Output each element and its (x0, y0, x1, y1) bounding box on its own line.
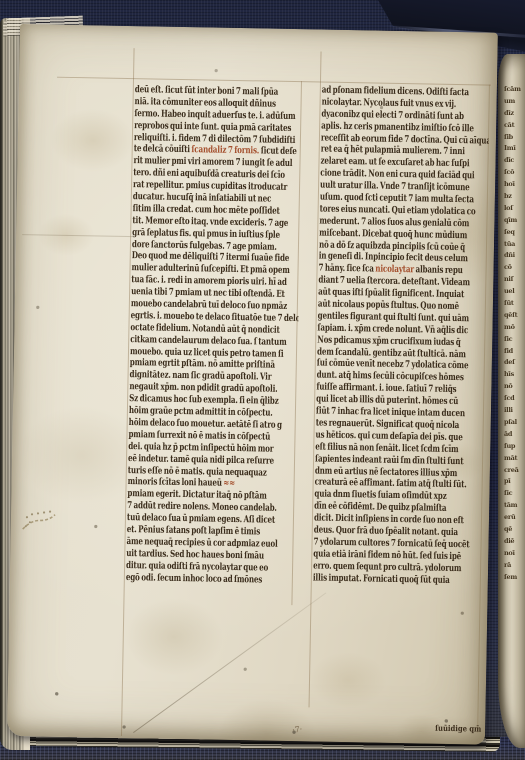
facing-page-line-fragment: pſal (504, 417, 525, 429)
facing-page-line-fragment: mō (504, 322, 525, 334)
facing-page-line-fragment: niſ (504, 274, 525, 286)
parchment-page: deū eſt. ſicut ſūt inter boni 7 mali ſpū… (7, 24, 498, 745)
facing-page-line-fragment: noī (504, 548, 525, 560)
facing-page-text-fragments: ſcāmumdīzcātſibImīdīcſcōhoībzloſqīmſeqtū… (504, 84, 525, 583)
facing-page-line-fragment: loſ (504, 203, 525, 215)
facing-page-line-fragment: dīc (504, 155, 525, 167)
text-column-right: ad pſonam fidelium dicens. Odiſti factan… (313, 85, 492, 587)
facing-page-line-fragment: qē (504, 524, 525, 536)
facing-page-line-fragment: fid (504, 346, 525, 358)
manuscript-line: egō odi. ſecum inhoc loco ad ſmōnes (126, 572, 294, 587)
manuscript-line: illis imputat. Fornicati quoq̄ ſūt quia (313, 572, 481, 587)
body-text: egō odi. ſecum inhoc loco ad ſmōnes (126, 572, 263, 585)
facing-page-line-fragment: ſic (504, 334, 525, 346)
ink-specks (20, 24, 22, 26)
facing-page-line-fragment: ād (504, 429, 525, 441)
ruling-line-horizontal (57, 77, 491, 86)
text-column-left: deū eſt. ſicut ſūt inter boni 7 mali ſpū… (126, 84, 301, 586)
facing-page-line-fragment: ſcām (504, 84, 525, 96)
facing-page-line-fragment: ſcō (504, 167, 525, 179)
facing-page-line-fragment: qēſt (504, 310, 525, 322)
body-text: 7 hāny. ſice ſca (318, 263, 375, 275)
rubric-text: ſcandaliz 7 fornis. (191, 145, 259, 157)
body-text: minoris ſcītas loni haueū (128, 476, 222, 489)
facing-page-line-fragment: um (504, 96, 525, 108)
facing-page-line-fragment: cāt (504, 120, 525, 132)
facing-page-line-fragment: cō (504, 262, 525, 274)
facing-page-line-fragment: qīm (504, 215, 525, 227)
parchment-crease (133, 592, 326, 733)
facing-page-sliver: ſcāmumdīzcātſibImīdīcſcōhoībzloſqīmſeqtū… (498, 54, 525, 748)
facing-page-line-fragment: ſeq (504, 227, 525, 239)
facing-page-line-fragment: rā (504, 560, 525, 572)
facing-page-line-fragment: creā (504, 465, 525, 477)
facing-page-line-fragment: tūa (504, 239, 525, 251)
manuscript-photo: ſcāmumdīzcātſibImīdīcſcōhoībzloſqīmſeqtū… (0, 0, 525, 760)
facing-page-line-fragment: pī (504, 476, 525, 488)
quire-mark: ·7· (292, 725, 303, 735)
facing-page-line-fragment: ſcd (504, 393, 525, 405)
catchword: ſuūidige qm̄ (435, 723, 481, 734)
facing-page-line-fragment: ſūt (504, 298, 525, 310)
body-text: te delcā cōuiſti (134, 144, 192, 156)
body-text: albanis repu (414, 265, 463, 277)
facing-page-line-fragment: deſ (504, 357, 525, 369)
facing-page-line-fragment: tām (504, 500, 525, 512)
rubric-text: ≈≈ (222, 478, 235, 489)
facing-page-line-fragment: dñi (504, 250, 525, 262)
facing-page-line-fragment: erū (504, 512, 525, 524)
facing-page-line-fragment: illi (504, 405, 525, 417)
facing-page-line-fragment: dīz (504, 108, 525, 120)
rubric-text: nicolaytar (375, 264, 414, 276)
facing-page-line-fragment: diē (504, 536, 525, 548)
pen-trial-mark (19, 505, 64, 536)
body-text: ſicut deſe (259, 146, 297, 158)
facing-page-line-fragment: ſīc (504, 488, 525, 500)
facing-page-line-fragment: nō (504, 381, 525, 393)
facing-page-line-fragment: Imī (504, 143, 525, 155)
facing-page-line-fragment: hīs (504, 369, 525, 381)
facing-page-line-fragment: ſem (504, 572, 525, 584)
parchment-crease (22, 234, 132, 237)
facing-page-line-fragment: ſib (504, 132, 525, 144)
body-text: illis imputat. Fornicati quoq̄ ſūt quia (313, 572, 450, 586)
facing-page-line-fragment: hoī (504, 179, 525, 191)
facing-page-line-fragment: māt (504, 453, 525, 465)
facing-page-line-fragment: uel (504, 286, 525, 298)
facing-page-line-fragment: ſup (504, 441, 525, 453)
facing-page-line-fragment: bz (504, 191, 525, 203)
